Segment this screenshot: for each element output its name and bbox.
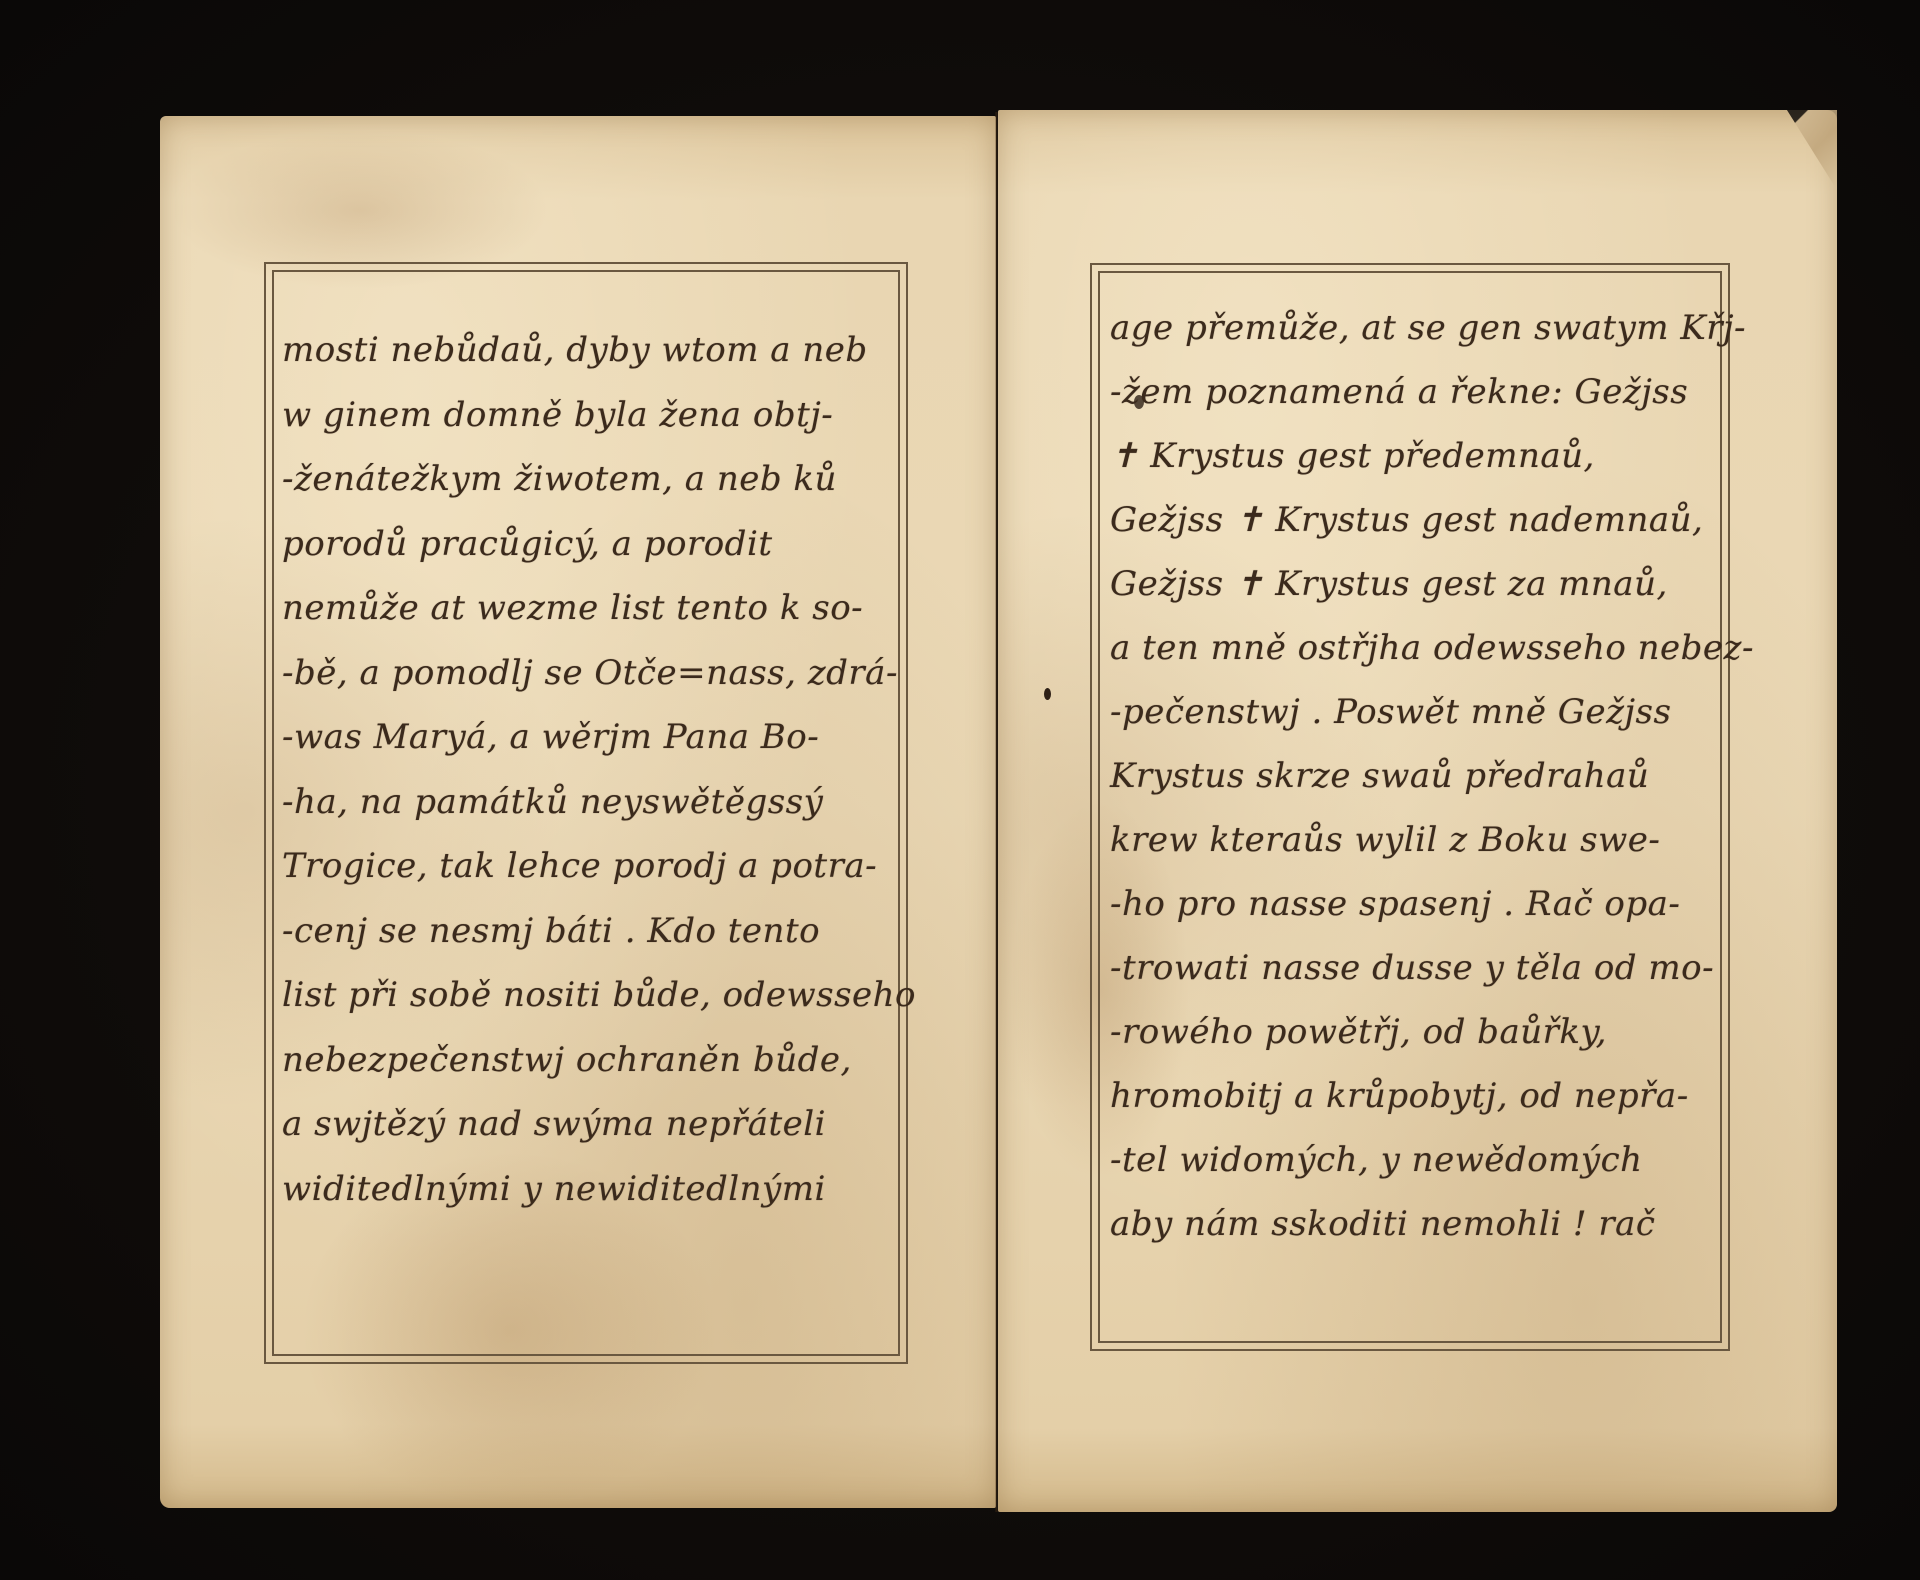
manuscript-line: porodů pracůgicý, a porodit	[282, 512, 892, 577]
manuscript-line: -cenj se nesmj báti . Kdo tento	[282, 899, 892, 964]
book-gutter	[995, 112, 998, 1512]
manuscript-line: a ten mně ostřjha odewsseho nebez-	[1110, 616, 1720, 680]
ink-blot	[1044, 688, 1051, 700]
manuscript-line: list při sobě nositi bůde, odewsseho	[282, 963, 892, 1028]
right-page-text: age přemůže, at se gen swatym Křj- -žem …	[1110, 296, 1720, 1256]
manuscript-line: -rowého powětřj, od baůřky,	[1110, 1000, 1720, 1064]
manuscript-line: -ha, na památků neyswětěgssý	[282, 770, 892, 835]
manuscript-line: nebezpečenstwj ochraněn bůde,	[282, 1028, 892, 1093]
manuscript-line: -bě, a pomodlj se Otče=nass, zdrá-	[282, 641, 892, 706]
manuscript-line: w ginem domně byla žena obtj-	[282, 383, 892, 448]
manuscript-line: mosti nebůdaů, dyby wtom a neb	[282, 318, 892, 383]
manuscript-line: -žem poznamená a řekne: Gežjss	[1110, 360, 1720, 424]
manuscript-line: ✝ Krystus gest předemnaů,	[1110, 424, 1720, 488]
manuscript-line: widitedlnými y newiditedlnými	[282, 1157, 892, 1222]
manuscript-line: krew kteraůs wylil z Boku swe-	[1110, 808, 1720, 872]
manuscript-line: Gežjss ✝ Krystus gest nademnaů,	[1110, 488, 1720, 552]
manuscript-line: -was Maryá, a wěrjm Pana Bo-	[282, 705, 892, 770]
manuscript-line: -pečenstwj . Poswět mně Gežjss	[1110, 680, 1720, 744]
manuscript-line: a swjtězý nad swýma nepřáteli	[282, 1092, 892, 1157]
manuscript-line: -ženátežkym žiwotem, a neb ků	[282, 447, 892, 512]
manuscript-line: -trowati nasse dusse y těla od mo-	[1110, 936, 1720, 1000]
manuscript-line: hromobitj a krůpobytj, od nepřa-	[1110, 1064, 1720, 1128]
manuscript-line: -ho pro nasse spasenj . Rač opa-	[1110, 872, 1720, 936]
manuscript-line: Gežjss ✝ Krystus gest za mnaů,	[1110, 552, 1720, 616]
manuscript-line: -tel widomých, y newědomých	[1110, 1128, 1720, 1192]
manuscript-line: age přemůže, at se gen swatym Křj-	[1110, 296, 1720, 360]
manuscript-line: aby nám sskoditi nemohli ! rač	[1110, 1192, 1720, 1256]
manuscript-line: Krystus skrze swaů předrahaů	[1110, 744, 1720, 808]
manuscript-line: nemůže at wezme list tento k so-	[282, 576, 892, 641]
left-page-text: mosti nebůdaů, dyby wtom a neb w ginem d…	[282, 318, 892, 1221]
manuscript-line: Trogice, tak lehce porodj a potra-	[282, 834, 892, 899]
